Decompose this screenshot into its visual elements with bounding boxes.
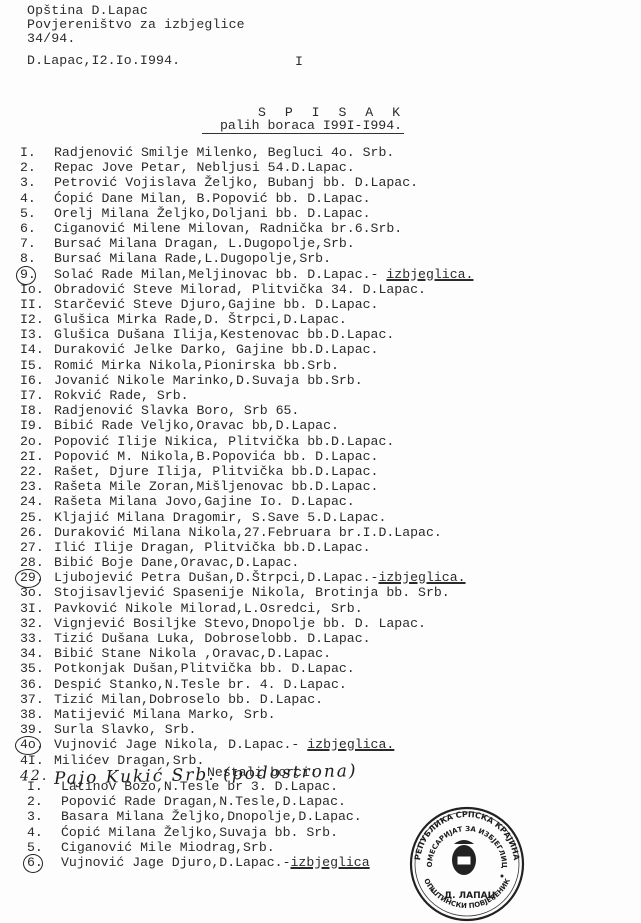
entry-number: Io. — [20, 282, 54, 297]
entry-number: II. — [20, 297, 54, 312]
entry-text: Bibić Stane Nikola ,Oravac,D.Lapac. — [54, 646, 331, 661]
entry-number: 35. — [20, 661, 54, 676]
entry-number: 22. — [20, 464, 54, 479]
entry-text: Popović Ilije Nikica, Plitvička bb.D.Lap… — [54, 434, 394, 449]
fallen-entry: 6.Ciganović Milene Milovan, Radnička br.… — [20, 221, 473, 236]
fallen-entry: 4o.Vujnović Jage Nikola, D.Lapac.- izbje… — [20, 737, 473, 752]
entry-number: 38. — [20, 707, 54, 722]
entry-text: Ciganović Mile Miodrag,Srb. — [61, 840, 275, 855]
fallen-entry: 3I.Pavković Nikole Milorad,L.Osredci, Sr… — [20, 601, 473, 616]
entry-number: 39. — [20, 722, 54, 737]
refugee-tag: izbjeglica. — [378, 570, 465, 585]
entry-number: 27. — [20, 540, 54, 555]
fallen-entry: I2.Glušica Mirka Rade,D. Štrpci,D.Lapac. — [20, 312, 473, 327]
fallen-entry: 23.Rašeta Mile Zoran,Mišljenovac bb.D.La… — [20, 479, 473, 494]
entry-text: Petrović Vojislava Željko, Bubanj bb. D.… — [54, 175, 418, 190]
missing-heading: Nestali borci: — [207, 765, 318, 780]
page-mark: I — [295, 54, 303, 69]
fallen-entry: 33.Tizić Dušana Luka, Dobroselobb. D.Lap… — [20, 631, 473, 646]
entry-text: Solać Rade Milan,Meljinovac bb. D.Lapac.… — [54, 267, 386, 282]
fallen-entry: 2o.Popović Ilije Nikica, Plitvička bb.D.… — [20, 434, 473, 449]
entry-text: Rašet, Djure Ilija, Plitvička bb.D.Lapac… — [54, 464, 378, 479]
entry-number: 2o. — [20, 434, 54, 449]
entry-text: Ljubojević Petra Dušan,D.Štrpci,D.Lapac.… — [54, 570, 378, 585]
fallen-entry: 3o.Stojisavljević Spasenije Nikola, Brot… — [20, 585, 473, 600]
entry-number: I4. — [20, 342, 54, 357]
document-subtitle: palih boraca I99I-I994. — [202, 118, 404, 134]
entry-number: 4. — [27, 825, 61, 840]
refugee-tag: izbjeglica. — [386, 267, 473, 282]
fallen-entry: 26.Duraković Milana Nikola,27.Februara b… — [20, 525, 473, 540]
entry-text: Bursać Milana Rade,L.Dugopolje,Srb. — [54, 251, 331, 266]
entry-number: I8. — [20, 403, 54, 418]
coat-of-arms-icon — [452, 840, 476, 875]
entry-text: Pavković Nikole Milorad,L.Osredci, Srb. — [54, 601, 363, 616]
official-stamp: РЕПУБЛИКА СРПСКА КРАЈИНА КОМЕСАРИЈАТ ЗА … — [402, 800, 532, 922]
fallen-entry: 7.Bursać Milana Dragan, L.Dugopolje,Srb. — [20, 236, 473, 251]
entry-number: 28. — [20, 555, 54, 570]
entry-number: I. — [27, 779, 61, 794]
entry-text: Tizić Milan,Dobroselo bb. D.Lapac. — [54, 692, 323, 707]
handwritten-circle-mark — [23, 854, 43, 873]
entry-number: 6. — [20, 221, 54, 236]
entry-text: Surla Slavko, Srb. — [54, 722, 196, 737]
entry-number: 25. — [20, 510, 54, 525]
entry-number: 7. — [20, 236, 54, 251]
fallen-entry: Io.Obradović Steve Milorad, Plitvička 34… — [20, 282, 473, 297]
header-reference-number: 34/94. — [27, 32, 75, 46]
entry-number: 33. — [20, 631, 54, 646]
entry-text: Orelj Milana Željko,Doljani bb. D.Lapac. — [54, 206, 371, 221]
entry-text: Despić Stanko,N.Tesle br. 4. D.Lapac. — [54, 677, 347, 692]
entry-text: Basara Milana Željko,Dnopolje,D.Lapac. — [61, 809, 362, 824]
fallen-entry: 27.Ilić Ilije Dragan, Plitvička bb.D.Lap… — [20, 540, 473, 555]
entry-text: Radjenović Smilje Milenko, Begluci 4o. S… — [54, 145, 394, 160]
entry-number: 5. — [20, 206, 54, 221]
entry-number: 4. — [20, 191, 54, 206]
entry-number: I. — [20, 145, 54, 160]
entry-text: Tizić Dušana Luka, Dobroselobb. D.Lapac. — [54, 631, 371, 646]
fallen-entry: 28.Bibić Boje Dane,Oravac,D.Lapac. — [20, 555, 473, 570]
fallen-entry: 34.Bibić Stane Nikola ,Oravac,D.Lapac. — [20, 646, 473, 661]
missing-entry: 6.Vujnović Jage Djuro,D.Lapac.-izbjeglic… — [27, 855, 370, 870]
entry-text: Kljajić Milana Dragomir, S.Save 5.D.Lapa… — [54, 510, 386, 525]
entry-text: Duraković Jelke Darko, Gajine bb.D.Lapac… — [54, 342, 378, 357]
entry-text: Glušica Mirka Rade,D. Štrpci,D.Lapac. — [54, 312, 347, 327]
entry-text: Ćopić Milana Željko,Suvaja bb. Srb. — [61, 825, 338, 840]
fallen-entry: 8.Bursać Milana Rade,L.Dugopolje,Srb. — [20, 251, 473, 266]
fallen-entry: 3.Petrović Vojislava Željko, Bubanj bb. … — [20, 175, 473, 190]
entry-number: 2. — [27, 794, 61, 809]
entry-text: Rašeta Milana Jovo,Gajine Io. D.Lapac. — [54, 494, 355, 509]
fallen-entry: 22.Rašet, Djure Ilija, Plitvička bb.D.La… — [20, 464, 473, 479]
entry-text: Stojisavljević Spasenije Nikola, Brotinj… — [54, 585, 450, 600]
entry-text: Bursać Milana Dragan, L.Dugopolje,Srb. — [54, 236, 355, 251]
fallen-entry: 2I.Popović M. Nikola,B.Popovića bb. D.La… — [20, 449, 473, 464]
entry-text: Vujnović Jage Djuro,D.Lapac.- — [61, 855, 291, 870]
missing-entry: 3.Basara Milana Željko,Dnopolje,D.Lapac. — [27, 809, 370, 824]
entry-text: Vignjević Bosiljke Stevo,Dnopolje bb. D.… — [54, 616, 426, 631]
entry-text: Ilić Ilije Dragan, Plitvička bb.D.Lapac. — [54, 540, 371, 555]
missing-entry: 4.Ćopić Milana Željko,Suvaja bb. Srb. — [27, 825, 370, 840]
fallen-entry: I.Radjenović Smilje Milenko, Begluci 4o.… — [20, 145, 473, 160]
entry-number: 37. — [20, 692, 54, 707]
entry-text: Matijević Milana Marko, Srb. — [54, 707, 276, 722]
entry-text: Starčević Steve Djuro,Gajine bb. D.Lapac… — [54, 297, 378, 312]
refugee-tag: izbjeglica. — [307, 737, 394, 752]
header-office: Povjereništvo za izbjeglice — [27, 18, 245, 32]
fallen-entry: II.Starčević Steve Djuro,Gajine bb. D.La… — [20, 297, 473, 312]
entry-text: Repac Jove Petar, Nebljusi 54.D.Lapac. — [54, 160, 355, 175]
missing-entry: 2.Popović Rade Dragan,N.Tesle,D.Lapac. — [27, 794, 370, 809]
entry-number: 23. — [20, 479, 54, 494]
entry-number: I7. — [20, 388, 54, 403]
fallen-entry: 32.Vignjević Bosiljke Stevo,Dnopolje bb.… — [20, 616, 473, 631]
entry-text: Romić Mirka Nikola,Pionirska bb.Srb. — [54, 358, 339, 373]
entry-text: Rokvić Rade, Srb. — [54, 388, 189, 403]
entry-number: 24. — [20, 494, 54, 509]
entry-number: 26. — [20, 525, 54, 540]
fallen-entry: 35.Potkonjak Dušan,Plitvička bb. D.Lapac… — [20, 661, 473, 676]
fallen-entry: 5.Orelj Milana Željko,Doljani bb. D.Lapa… — [20, 206, 473, 221]
fallen-entry: I4.Duraković Jelke Darko, Gajine bb.D.La… — [20, 342, 473, 357]
entry-number: 3I. — [20, 601, 54, 616]
entry-number: 32. — [20, 616, 54, 631]
entry-number: 3. — [20, 175, 54, 190]
missing-fighters-list: I.Latinov Božo,N.Tesle br 3. D.Lapac.2.P… — [27, 779, 370, 870]
svg-text:Д. ЛАПАЦ: Д. ЛАПАЦ — [444, 891, 496, 901]
entry-number: I3. — [20, 327, 54, 342]
entry-number: 4I. — [20, 753, 54, 768]
entry-number: 8. — [20, 251, 54, 266]
entry-text: Ciganović Milene Milovan, Radnička br.6.… — [54, 221, 402, 236]
fallen-entry: 4.Ćopić Dane Milan, B.Popović bb. D.Lapa… — [20, 191, 473, 206]
entry-number: I6. — [20, 373, 54, 388]
fallen-entry: I9.Bibić Rade Veljko,Oravac bb,D.Lapac. — [20, 418, 473, 433]
entry-text: Rašeta Mile Zoran,Mišljenovac bb.D.Lapac… — [54, 479, 378, 494]
fallen-entry: I3.Glušica Dušana Ilija,Kestenovac bb.D.… — [20, 327, 473, 342]
entry-text: Popović Rade Dragan,N.Tesle,D.Lapac. — [61, 794, 346, 809]
fallen-entry: 39.Surla Slavko, Srb. — [20, 722, 473, 737]
missing-entry: 5.Ciganović Mile Miodrag,Srb. — [27, 840, 370, 855]
entry-number: I5. — [20, 358, 54, 373]
entry-text: Bibić Rade Veljko,Oravac bb,D.Lapac. — [54, 418, 339, 433]
entry-number: I9. — [20, 418, 54, 433]
fallen-entry: 36.Despić Stanko,N.Tesle br. 4. D.Lapac. — [20, 677, 473, 692]
entry-text: Glušica Dušana Ilija,Kestenovac bb.D.Lap… — [54, 327, 394, 342]
entry-number: 5. — [27, 840, 61, 855]
fallen-entry: I8.Radjenović Slavka Boro, Srb 65. — [20, 403, 473, 418]
fallen-entry: 25.Kljajić Milana Dragomir, S.Save 5.D.L… — [20, 510, 473, 525]
entry-number: 3. — [27, 809, 61, 824]
fallen-entry: I6.Jovanić Nikole Marinko,D.Suvaja bb.Sr… — [20, 373, 473, 388]
fallen-entry: 37.Tizić Milan,Dobroselo bb. D.Lapac. — [20, 692, 473, 707]
entry-number: 2I. — [20, 449, 54, 464]
entry-number: I2. — [20, 312, 54, 327]
header-municipality: Opština D.Lapac — [27, 4, 148, 18]
entry-text: Latinov Božo,N.Tesle br 3. D.Lapac. — [61, 779, 338, 794]
fallen-entry: 9.Solać Rade Milan,Meljinovac bb. D.Lapa… — [20, 267, 473, 282]
fallen-entry: I7.Rokvić Rade, Srb. — [20, 388, 473, 403]
missing-entry: I.Latinov Božo,N.Tesle br 3. D.Lapac. — [27, 779, 370, 794]
header-place-date: D.Lapac,I2.Io.I994. — [27, 54, 180, 68]
fallen-entry: 38.Matijević Milana Marko, Srb. — [20, 707, 473, 722]
entry-text: Potkonjak Dušan,Plitvička bb. D.Lapac. — [54, 661, 355, 676]
entry-text: Vujnović Jage Nikola, D.Lapac.- — [54, 737, 307, 752]
entry-number: 34. — [20, 646, 54, 661]
entry-number: 2. — [20, 160, 54, 175]
entry-text: Ćopić Dane Milan, B.Popović bb. D.Lapac. — [54, 191, 371, 206]
fallen-entry: 29.Ljubojević Petra Dušan,D.Štrpci,D.Lap… — [20, 570, 473, 585]
entry-text: Duraković Milana Nikola,27.Februara br.I… — [54, 525, 442, 540]
entry-text: Popović M. Nikola,B.Popovića bb. D.Lapac… — [54, 449, 378, 464]
entry-number: 3o. — [20, 585, 54, 600]
document-page: Opština D.Lapac Povjereništvo za izbjegl… — [0, 0, 641, 923]
fallen-fighters-list: I.Radjenović Smilje Milenko, Begluci 4o.… — [20, 145, 473, 783]
entry-text: Obradović Steve Milorad, Plitvička 34. D… — [54, 282, 426, 297]
entry-text: Bibić Boje Dane,Oravac,D.Lapac. — [54, 555, 299, 570]
entry-text: Radjenović Slavka Boro, Srb 65. — [54, 403, 299, 418]
entry-text: Jovanić Nikole Marinko,D.Suvaja bb.Srb. — [54, 373, 363, 388]
entry-number: 36. — [20, 677, 54, 692]
refugee-tag: izbjeglica — [291, 855, 370, 870]
fallen-entry: 2.Repac Jove Petar, Nebljusi 54.D.Lapac. — [20, 160, 473, 175]
fallen-entry: I5.Romić Mirka Nikola,Pionirska bb.Srb. — [20, 358, 473, 373]
fallen-entry: 24.Rašeta Milana Jovo,Gajine Io. D.Lapac… — [20, 494, 473, 509]
